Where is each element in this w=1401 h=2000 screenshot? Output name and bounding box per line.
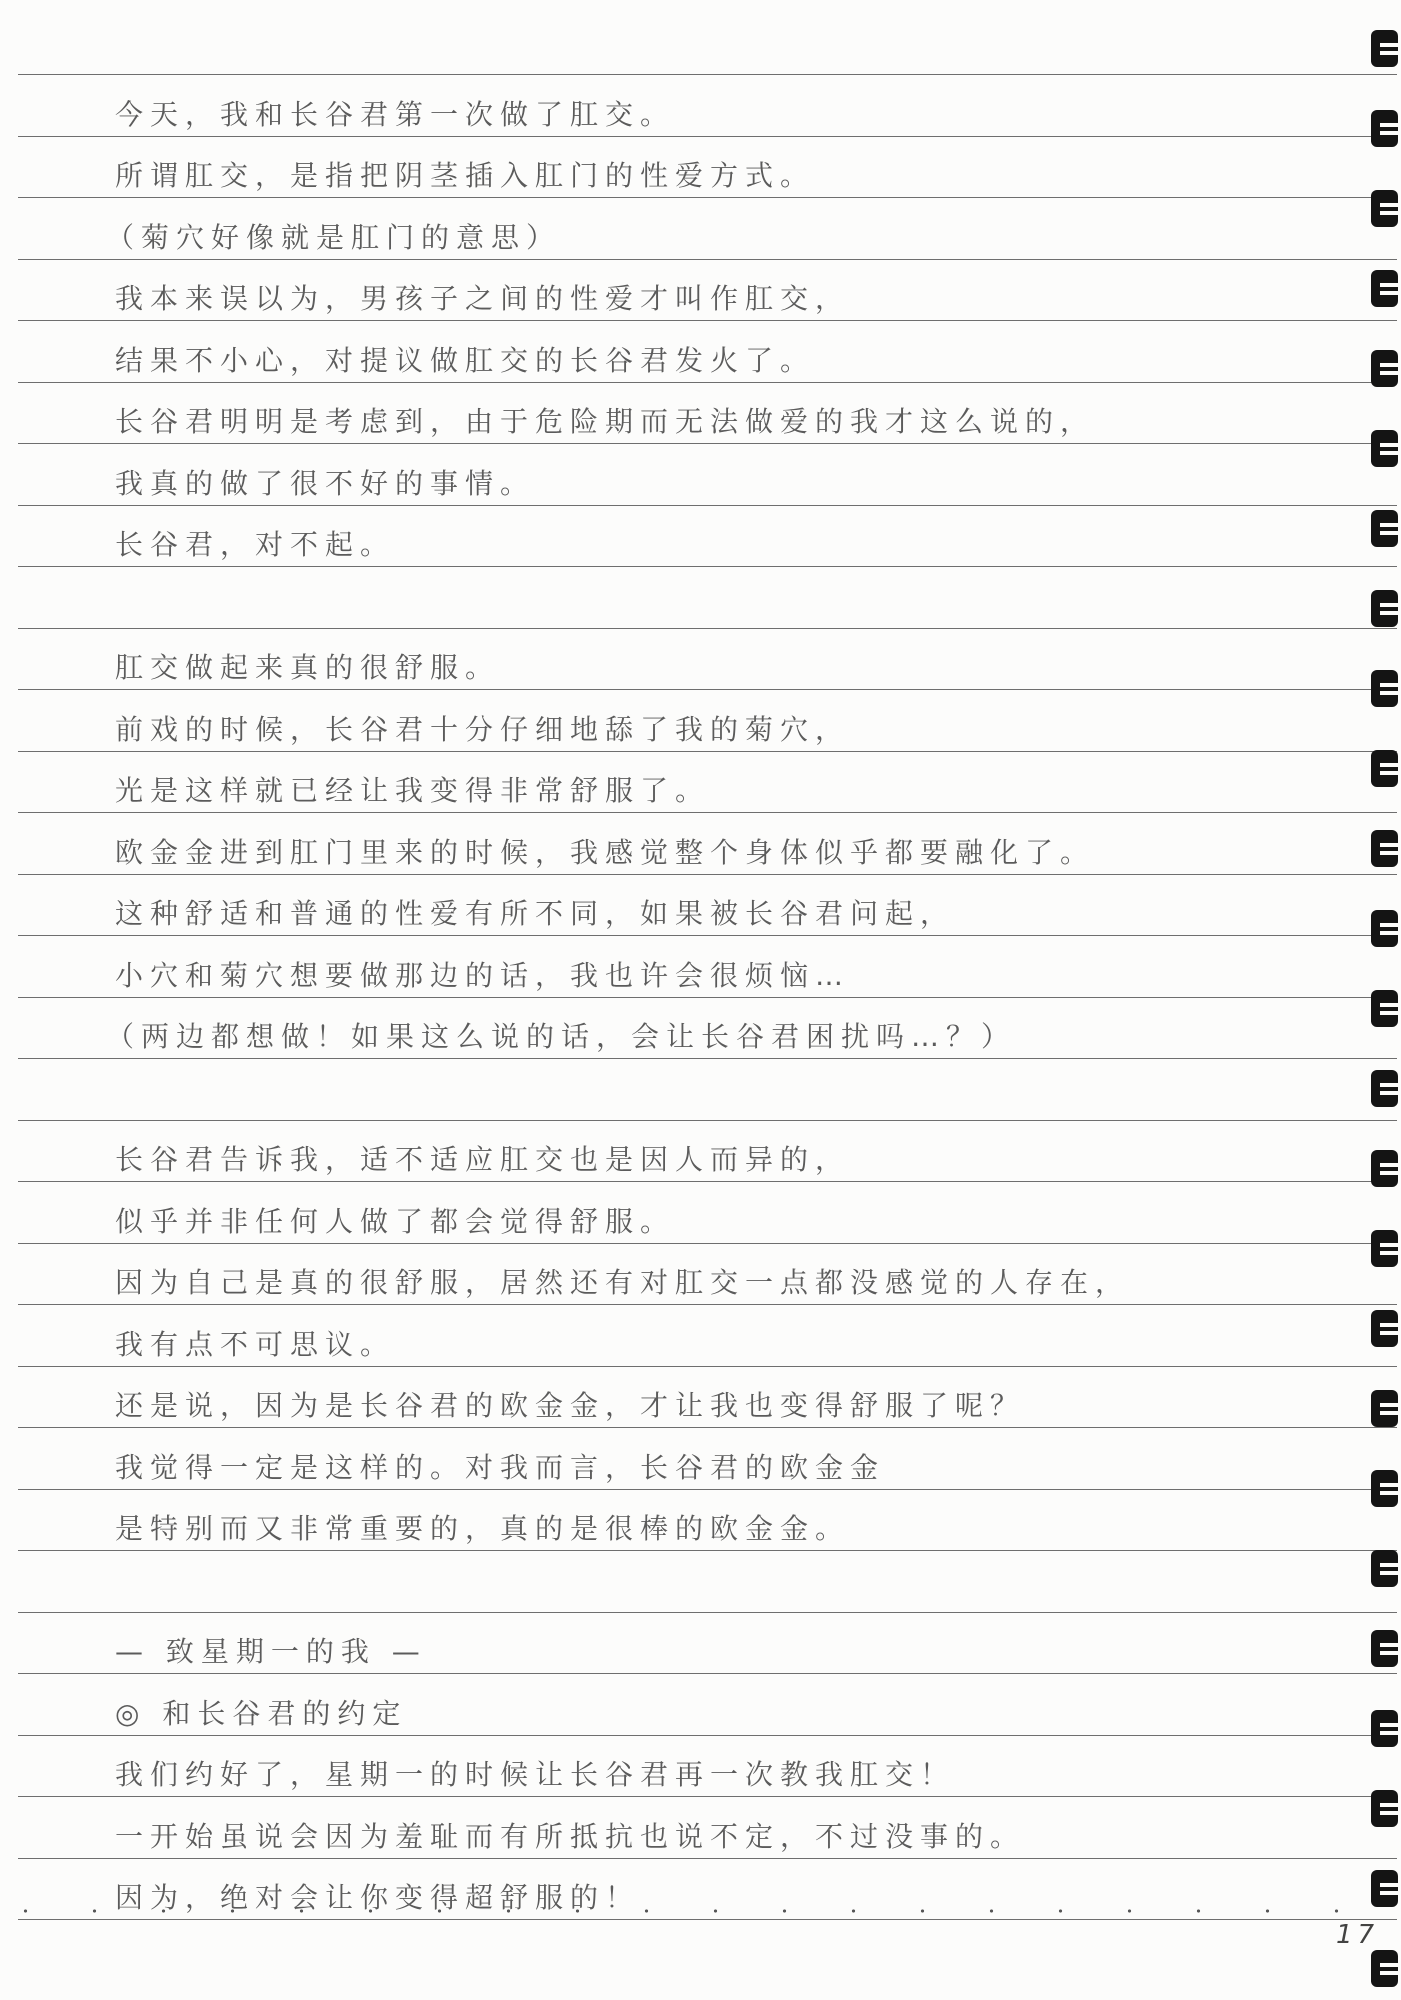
notebook-line-row: 我本来误以为，男孩子之间的性爱才叫作肛交，	[18, 260, 1397, 322]
binding-clip-icon	[1371, 1150, 1398, 1187]
handwritten-text: 我真的做了很不好的事情。	[115, 470, 535, 498]
binding-clip-icon	[1371, 670, 1398, 707]
binding-clip-icon	[1371, 270, 1398, 307]
binding-clip-icon	[1371, 30, 1398, 67]
handwritten-text: 是特别而又非常重要的，真的是很棒的欧金金。	[115, 1515, 850, 1543]
handwritten-text: 小穴和菊穴想要做那边的话，我也许会很烦恼…	[115, 962, 850, 990]
handwritten-text: 我觉得一定是这样的。对我而言，长谷君的欧金金	[115, 1454, 885, 1482]
handwritten-text: 长谷君，对不起。	[115, 531, 395, 559]
handwritten-text: 我们约好了，星期一的时候让长谷君再一次教我肛交！	[115, 1761, 955, 1789]
notebook-line-row: 还是说，因为是长谷君的欧金金，才让我也变得舒服了呢？	[18, 1367, 1397, 1429]
binding-clip-icon	[1371, 1550, 1398, 1587]
binding-clip-icon	[1371, 590, 1398, 627]
bottom-margin-dots	[18, 1908, 1397, 1914]
notebook-line-row: 前戏的时候，长谷君十分仔细地舔了我的菊穴，	[18, 690, 1397, 752]
handwritten-text: 因为自己是真的很舒服，居然还有对肛交一点都没感觉的人存在，	[115, 1269, 1130, 1297]
notebook-line-row: 因为自己是真的很舒服，居然还有对肛交一点都没感觉的人存在，	[18, 1244, 1397, 1306]
notebook-line-row: （菊穴好像就是肛门的意思）	[18, 198, 1397, 260]
notebook-line-row: 我真的做了很不好的事情。	[18, 444, 1397, 506]
handwritten-text: 结果不小心，对提议做肛交的长谷君发火了。	[115, 347, 815, 375]
binding-clip-icon	[1371, 830, 1398, 867]
binding-clip-icon	[1371, 1710, 1398, 1747]
binding-clip-icon	[1371, 990, 1398, 1027]
handwritten-text: （菊穴好像就是肛门的意思）	[106, 224, 561, 252]
handwritten-text: ◎ 和长谷君的约定	[115, 1700, 407, 1728]
notebook-line-row: 所谓肛交，是指把阴茎插入肛门的性爱方式。	[18, 137, 1397, 199]
handwritten-text: 光是这样就已经让我变得非常舒服了。	[115, 777, 710, 805]
notebook-line-row: 结果不小心，对提议做肛交的长谷君发火了。	[18, 321, 1397, 383]
notebook-line-row: — 致星期一的我 —	[18, 1613, 1397, 1675]
notebook-line-row: 我们约好了，星期一的时候让长谷君再一次教我肛交！	[18, 1736, 1397, 1798]
notebook-line-row: 是特别而又非常重要的，真的是很棒的欧金金。	[18, 1490, 1397, 1552]
notebook-line-row	[18, 1059, 1397, 1121]
notebook-line-row: 一开始虽说会因为羞耻而有所抵抗也说不定，不过没事的。	[18, 1797, 1397, 1859]
notebook-line-row: 长谷君，对不起。	[18, 506, 1397, 568]
ruled-lines-area: 今天，我和长谷君第一次做了肛交。 所谓肛交，是指把阴茎插入肛门的性爱方式。 （菊…	[18, 0, 1397, 1920]
binding-clip-icon	[1371, 1390, 1398, 1427]
notebook-line-row: 肛交做起来真的很舒服。	[18, 629, 1397, 691]
binding-clip-icon	[1371, 190, 1398, 227]
handwritten-text: 似乎并非任何人做了都会觉得舒服。	[115, 1208, 675, 1236]
binding-clip-icon	[1371, 510, 1398, 547]
binding-clip-icon	[1371, 1870, 1398, 1907]
binding-clip-icon	[1371, 1310, 1398, 1347]
handwritten-text: 我有点不可思议。	[115, 1331, 395, 1359]
handwritten-text: 还是说，因为是长谷君的欧金金，才让我也变得舒服了呢？	[115, 1392, 1025, 1420]
binding-clip-icon	[1371, 430, 1398, 467]
binding-clip-icon	[1371, 1230, 1398, 1267]
binding-clip-icon	[1371, 350, 1398, 387]
binding-clip-icon	[1371, 1950, 1398, 1987]
binding-clip-icon	[1371, 1790, 1398, 1827]
binding-clip-icon	[1371, 110, 1398, 147]
notebook-line-row: 今天，我和长谷君第一次做了肛交。	[18, 75, 1397, 137]
handwritten-text: 一开始虽说会因为羞耻而有所抵抗也说不定，不过没事的。	[115, 1823, 1025, 1851]
handwritten-text: 长谷君告诉我，适不适应肛交也是因人而异的，	[115, 1146, 850, 1174]
notebook-line-row: 光是这样就已经让我变得非常舒服了。	[18, 752, 1397, 814]
binding-clip-icon	[1371, 1070, 1398, 1107]
handwritten-text: 长谷君明明是考虑到，由于危险期而无法做爱的我才这么说的，	[115, 408, 1095, 436]
notebook-line-row: 我有点不可思议。	[18, 1305, 1397, 1367]
binding-clip-icon	[1371, 1470, 1398, 1507]
handwritten-text: 前戏的时候，长谷君十分仔细地舔了我的菊穴，	[115, 716, 850, 744]
handwritten-text: 欧金金进到肛门里来的时候，我感觉整个身体似乎都要融化了。	[115, 839, 1095, 867]
page-number: 17	[1336, 1920, 1379, 1950]
top-margin	[18, 0, 1397, 75]
handwritten-text: 这种舒适和普通的性爱有所不同，如果被长谷君问起，	[115, 900, 955, 928]
notebook-line-row	[18, 1551, 1397, 1613]
binding-clip-icon	[1371, 1630, 1398, 1667]
binding-clip-icon	[1371, 750, 1398, 787]
notebook-line-row: 长谷君告诉我，适不适应肛交也是因人而异的，	[18, 1121, 1397, 1183]
binding-clip-icon	[1371, 910, 1398, 947]
notebook-line-row	[18, 567, 1397, 629]
notebook-line-row: （两边都想做！如果这么说的话，会让长谷君困扰吗…？）	[18, 998, 1397, 1060]
notebook-line-row: 欧金金进到肛门里来的时候，我感觉整个身体似乎都要融化了。	[18, 813, 1397, 875]
handwritten-text: 我本来误以为，男孩子之间的性爱才叫作肛交，	[115, 285, 850, 313]
handwritten-text: 肛交做起来真的很舒服。	[115, 654, 500, 682]
handwritten-text: — 致星期一的我 —	[115, 1638, 427, 1666]
notebook-line-row: 似乎并非任何人做了都会觉得舒服。	[18, 1182, 1397, 1244]
handwritten-text: 今天，我和长谷君第一次做了肛交。	[115, 101, 675, 129]
notebook-line-row: 小穴和菊穴想要做那边的话，我也许会很烦恼…	[18, 936, 1397, 998]
notebook-line-row: 这种舒适和普通的性爱有所不同，如果被长谷君问起，	[18, 875, 1397, 937]
handwritten-text: （两边都想做！如果这么说的话，会让长谷君困扰吗…？）	[106, 1023, 1016, 1051]
notebook-line-row: 长谷君明明是考虑到，由于危险期而无法做爱的我才这么说的，	[18, 383, 1397, 445]
scanned-notebook-page: 今天，我和长谷君第一次做了肛交。 所谓肛交，是指把阴茎插入肛门的性爱方式。 （菊…	[0, 0, 1401, 2000]
handwritten-text: 所谓肛交，是指把阴茎插入肛门的性爱方式。	[115, 162, 815, 190]
notebook-line-row: 我觉得一定是这样的。对我而言，长谷君的欧金金	[18, 1428, 1397, 1490]
notebook-line-row: ◎ 和长谷君的约定	[18, 1674, 1397, 1736]
